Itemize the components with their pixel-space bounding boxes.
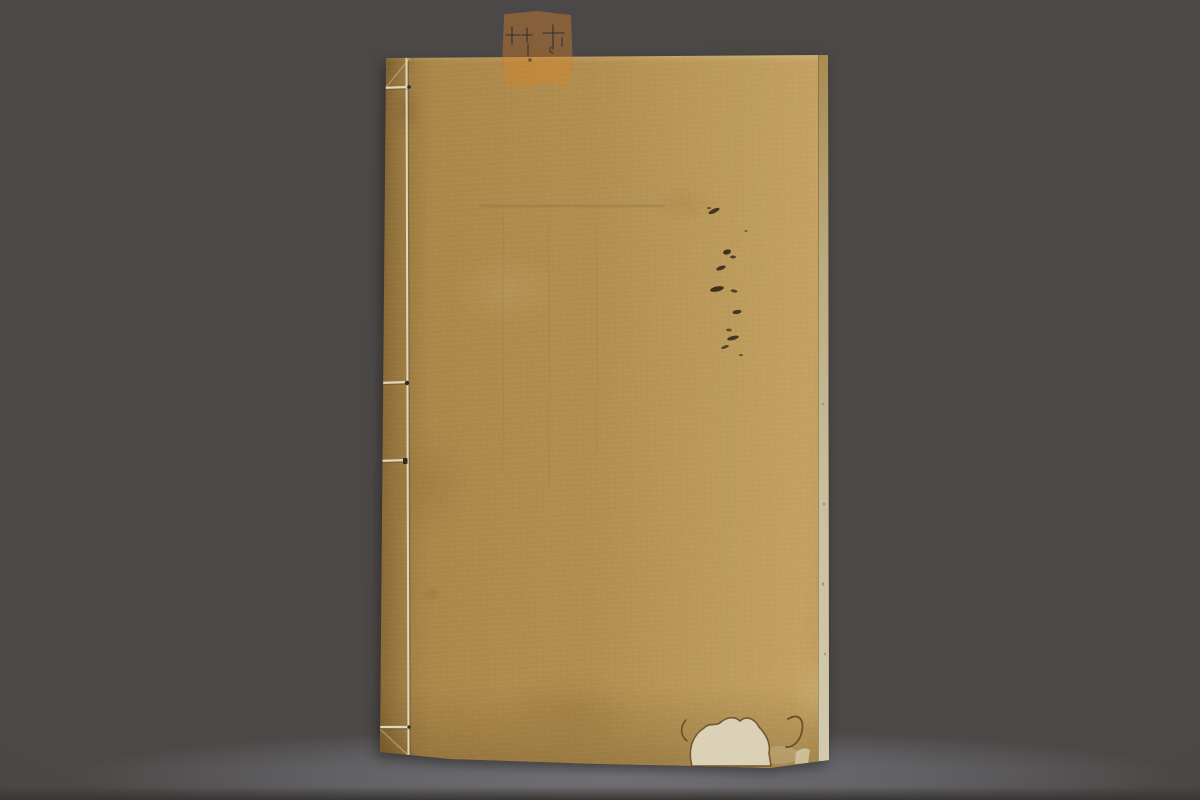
tape-label — [502, 11, 573, 91]
damage-svg — [0, 0, 1200, 800]
handwritten-numeral-marks — [506, 25, 564, 61]
book-cover — [0, 0, 1200, 800]
paper-curl-left — [682, 720, 687, 741]
torn-paper-patch — [690, 718, 771, 766]
studio-background — [0, 0, 1200, 800]
paper-curl-right — [786, 717, 802, 748]
tape-ink-marks — [502, 11, 573, 91]
book-shadow-wrap — [0, 0, 1200, 800]
